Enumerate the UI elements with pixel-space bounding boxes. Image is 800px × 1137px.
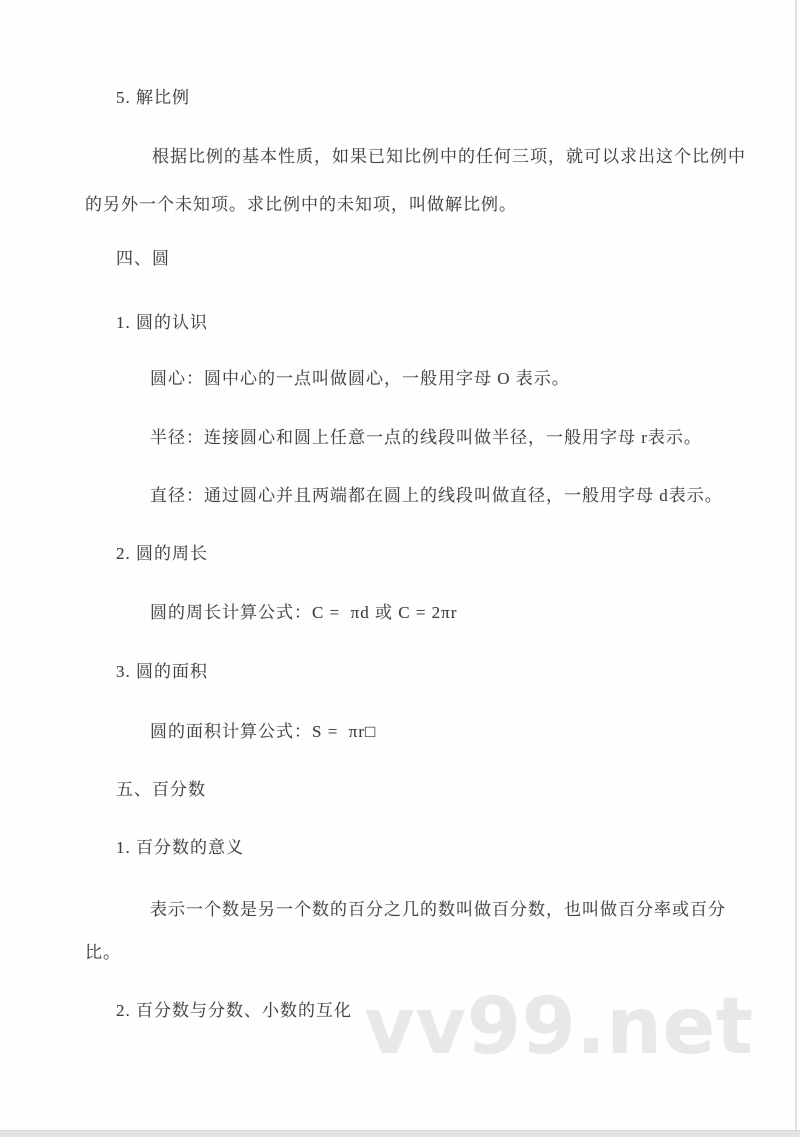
definition-diameter: 直径：通过圆心并且两端都在圆上的线段叫做直径，一般用字母 d表示。 (150, 486, 723, 506)
heading-section-circle: 四、圆 (116, 249, 170, 269)
heading-circle-circumference: 2. 圆的周长 (116, 544, 208, 564)
paragraph-solve-proportion-line1: 根据比例的基本性质，如果已知比例中的任何三项，就可以求出这个比例中 (152, 147, 746, 167)
definition-radius: 半径：连接圆心和圆上任意一点的线段叫做半径，一般用字母 r表示。 (150, 428, 702, 448)
formula-area: 圆的面积计算公式：S = πr□ (150, 722, 376, 742)
paragraph-solve-proportion-line2: 的另外一个未知项。求比例中的未知项，叫做解比例。 (85, 195, 517, 215)
site-watermark: vv99.net (364, 988, 754, 1066)
page-right-edge (795, 0, 797, 1131)
heading-circle-area: 3. 圆的面积 (116, 662, 208, 682)
page-bottom-edge (0, 1130, 800, 1137)
heading-percentage-conversion: 2. 百分数与分数、小数的互化 (116, 1001, 352, 1021)
document-page: 5. 解比例 根据比例的基本性质，如果已知比例中的任何三项，就可以求出这个比例中… (0, 0, 800, 1137)
heading-circle-knowledge: 1. 圆的认识 (116, 313, 208, 333)
heading-section-percentage: 五、百分数 (116, 780, 206, 800)
heading-solve-proportion: 5. 解比例 (116, 88, 190, 108)
paragraph-percentage-meaning-line2: 比。 (85, 943, 121, 963)
definition-circle-center: 圆心：圆中心的一点叫做圆心，一般用字母 O 表示。 (150, 369, 570, 389)
heading-percentage-meaning: 1. 百分数的意义 (116, 838, 244, 858)
paragraph-percentage-meaning-line1: 表示一个数是另一个数的百分之几的数叫做百分数，也叫做百分率或百分 (150, 900, 726, 920)
formula-circumference: 圆的周长计算公式：C = πd 或 C = 2πr (150, 603, 457, 623)
